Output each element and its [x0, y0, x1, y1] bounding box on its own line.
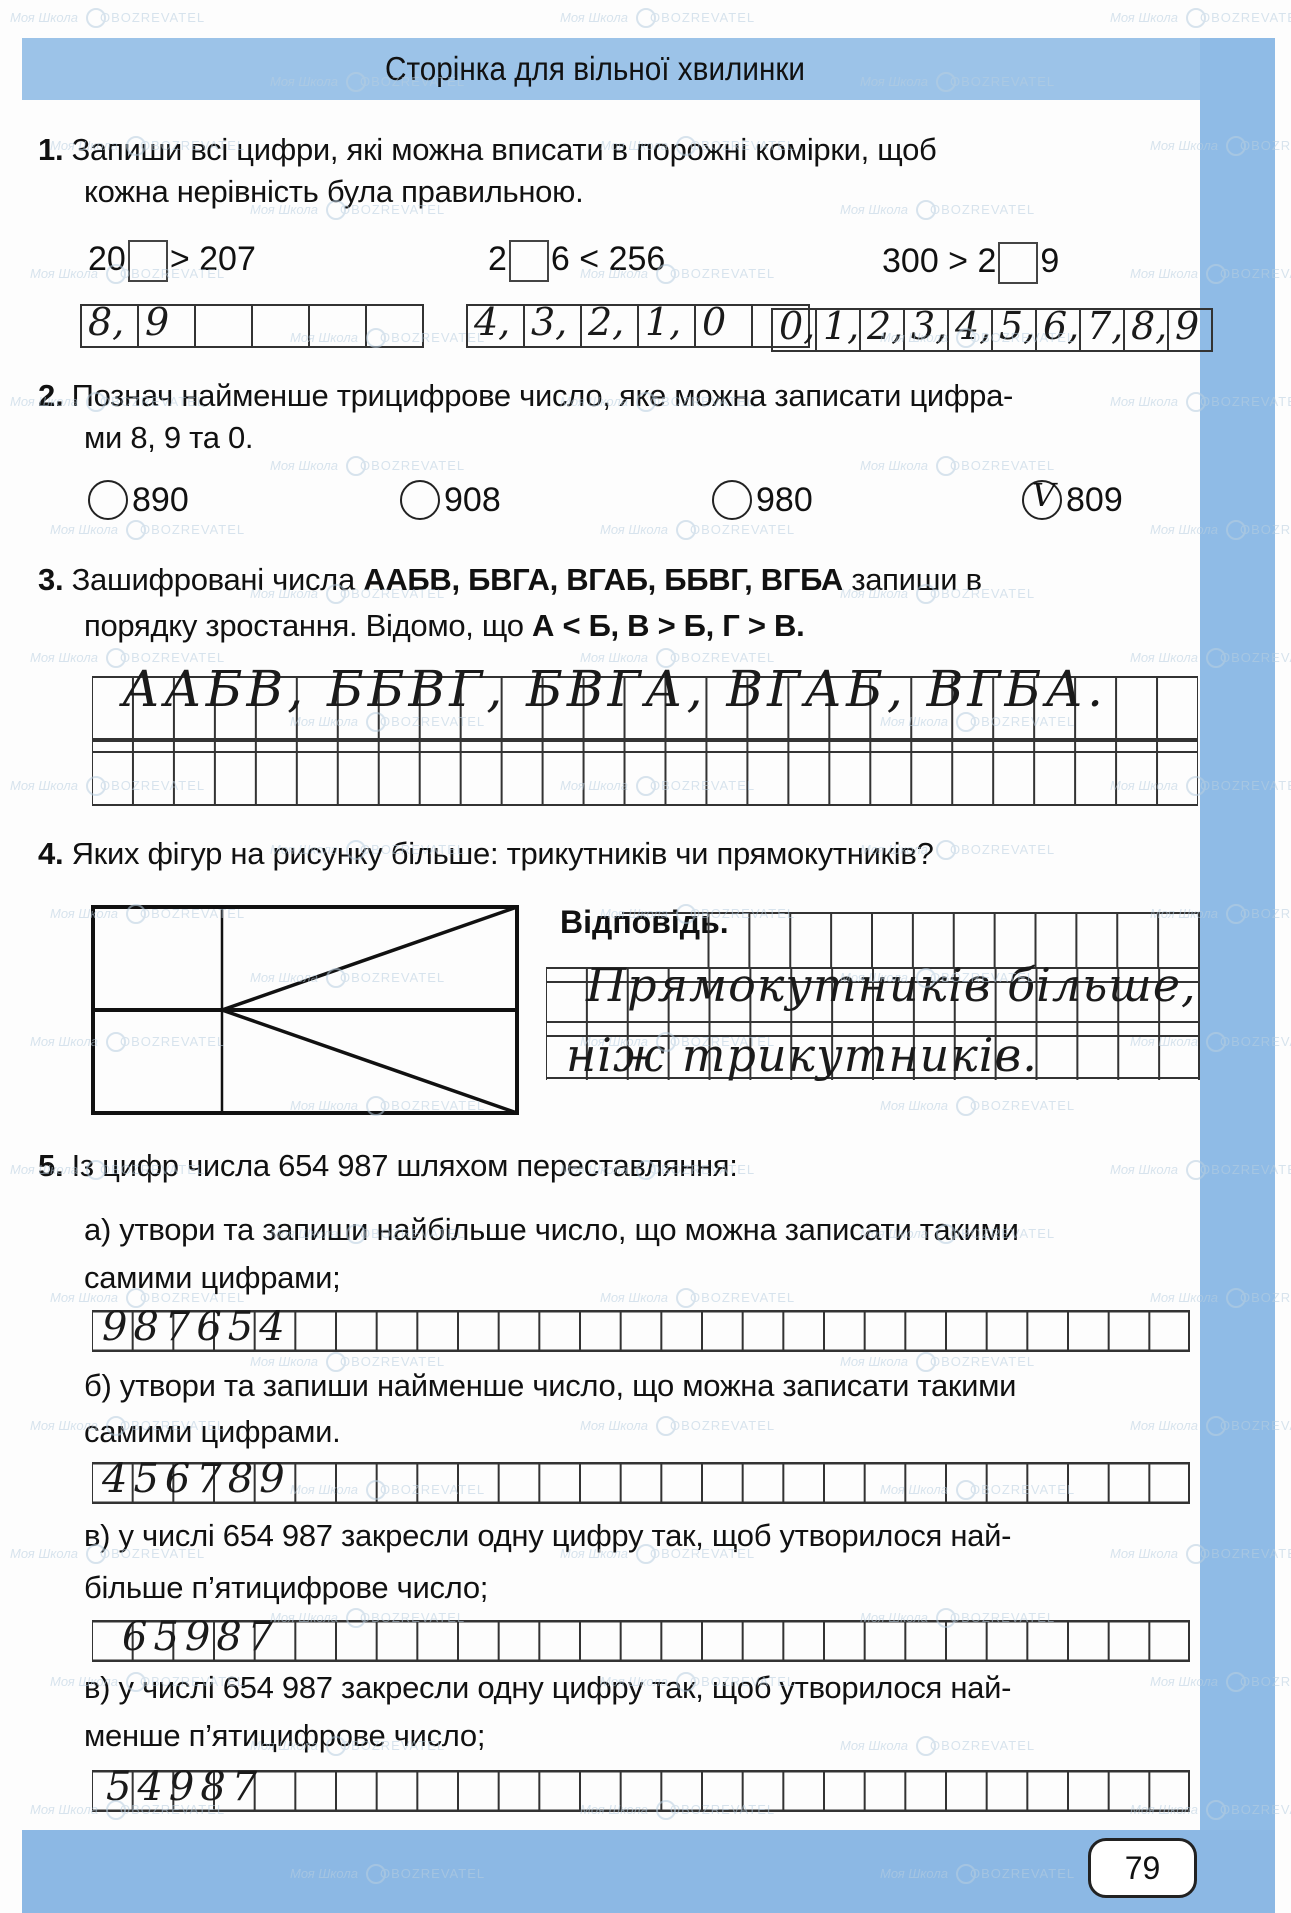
task3-text: порядку зростання. Відомо, що: [84, 608, 532, 643]
answer-row-3[interactable]: 0,1,2,3,4,5,6,7,8,9: [771, 308, 1213, 352]
inequality-1-right: > 207: [170, 240, 256, 278]
task4-answer-line1: Прямокутників більше,: [586, 958, 1197, 1012]
option-label: 809: [1066, 481, 1123, 519]
answer-cell[interactable]: 1,: [817, 310, 861, 350]
handwritten-digit: 8,: [88, 300, 124, 344]
answer-cell[interactable]: 4,: [468, 306, 525, 346]
task4-answer-line2: ніж трикутників.: [566, 1028, 1038, 1082]
answer-cell[interactable]: 5,: [993, 310, 1037, 350]
watermark: Моя ШколаOBOZREVATEL: [50, 522, 245, 537]
task2-text-line1: Познач найменше трицифрове число, яке мо…: [72, 378, 1013, 413]
task3-number: 3.: [38, 562, 63, 597]
task3-text-line2: порядку зростання. Відомо, що А < Б, В >…: [84, 606, 804, 646]
task5a-line2: самими цифрами;: [84, 1258, 340, 1298]
task3-text: Зашифровані числа: [72, 562, 364, 597]
task4-text: Яких фігур на рисунку більше: трикутникі…: [72, 836, 934, 871]
task3-codes: ААБВ, БВГА, ВГАБ, ББВГ, ВГБА: [363, 562, 843, 597]
answer-cell[interactable]: [253, 306, 310, 346]
handwritten-digit: 9: [145, 300, 169, 344]
task3-conditions: А < Б, В > Б, Г > В.: [532, 608, 804, 643]
watermark: Моя ШколаOBOZREVATEL: [600, 522, 795, 537]
task5d-answer-row[interactable]: 54987: [92, 1770, 1190, 1812]
task3-question: 3. Зашифровані числа ААБВ, БВГА, ВГАБ, Б…: [38, 560, 982, 600]
task5b-answer-row[interactable]: 456789: [92, 1462, 1190, 1504]
watermark: Моя ШколаOBOZREVATEL: [270, 458, 465, 473]
answer-cell[interactable]: 6,: [1037, 310, 1081, 350]
inequality-2-left: 2: [488, 240, 507, 278]
answer-cell[interactable]: 0: [696, 306, 753, 346]
handwritten-digit: 0: [702, 300, 726, 344]
handwritten-digit: 8,: [1131, 304, 1167, 348]
task5b-line2: самими цифрами.: [84, 1412, 340, 1452]
task5-question: 5. Із цифр числа 654 987 шляхом перестав…: [38, 1146, 738, 1186]
checked-radio-icon[interactable]: [1022, 480, 1062, 520]
handwritten-digit: 3,: [531, 300, 567, 344]
answer-cell[interactable]: 0,: [773, 310, 817, 350]
inequality-3-left: 300 > 2: [882, 242, 996, 280]
task5d-answer: 54987: [106, 1764, 263, 1810]
handwritten-digit: 5,: [999, 304, 1035, 348]
option-908[interactable]: 908: [400, 480, 501, 520]
answer-cell[interactable]: 8,: [1125, 310, 1169, 350]
task5a-answer: 987654: [102, 1304, 291, 1350]
watermark: Моя ШколаOBOZREVATEL: [840, 202, 1035, 217]
task4-number: 4.: [38, 836, 63, 871]
task5-number: 5.: [38, 1148, 63, 1183]
watermark: Моя ШколаOBOZREVATEL: [880, 1098, 1075, 1113]
handwritten-digit: 6,: [1043, 304, 1079, 348]
blank-cell[interactable]: [509, 240, 549, 282]
answer-row-1[interactable]: 8,9: [80, 304, 424, 348]
task3-text: запиши в: [843, 562, 982, 597]
option-label: 908: [444, 481, 501, 519]
blank-cell[interactable]: [128, 240, 168, 282]
inequality-1: 20> 207: [88, 240, 256, 282]
task5c-answer: 65987: [122, 1614, 279, 1660]
task5d-line1: в) у числі 654 987 закресли одну цифру т…: [84, 1668, 1011, 1708]
answer-cell[interactable]: [310, 306, 367, 346]
task5c-line1: в) у числі 654 987 закресли одну цифру т…: [84, 1516, 1011, 1556]
task1-number: 1.: [38, 132, 63, 167]
answer-cell[interactable]: 1,: [639, 306, 696, 346]
task5a-line1: а) утвори та запиши найбільше число, що …: [84, 1210, 1019, 1250]
task2-text-line2: ми 8, 9 та 0.: [84, 418, 253, 458]
answer-cell[interactable]: 2,: [582, 306, 639, 346]
task3-answer: ААБВ, ББВГ, БВГА, ВГАБ, ВГБА.: [122, 660, 1107, 718]
task2-question: 2. Познач найменше трицифрове число, яке…: [38, 376, 1013, 416]
handwritten-digit: 1,: [645, 300, 681, 344]
answer-cell[interactable]: 2,: [861, 310, 905, 350]
inequality-1-left: 20: [88, 240, 126, 278]
radio-circle[interactable]: [712, 480, 752, 520]
inequality-3-right: 9: [1040, 242, 1059, 280]
radio-circle[interactable]: [88, 480, 128, 520]
watermark: Моя ШколаOBOZREVATEL: [600, 1290, 795, 1305]
task5-text: Із цифр числа 654 987 шляхом переставлян…: [72, 1148, 738, 1183]
watermark: Моя ШколаOBOZREVATEL: [560, 10, 755, 25]
inequality-2: 26 < 256: [488, 240, 665, 282]
handwritten-digit: 2,: [588, 300, 624, 344]
task5b-answer: 456789: [102, 1456, 291, 1502]
handwritten-digit: 3,: [911, 304, 947, 348]
task2-number: 2.: [38, 378, 63, 413]
answer-cell[interactable]: [367, 306, 422, 346]
handwritten-digit: 9: [1175, 304, 1199, 348]
answer-cell[interactable]: 8,: [82, 306, 139, 346]
watermark: Моя ШколаOBOZREVATEL: [1110, 10, 1291, 25]
inequality-2-right: 6 < 256: [551, 240, 665, 278]
page-title: Сторінка для вільної хвилинки: [60, 50, 1131, 88]
task5c-line2: більше п’ятицифрове число;: [84, 1568, 488, 1608]
answer-cell[interactable]: 4,: [949, 310, 993, 350]
option-label: 890: [132, 481, 189, 519]
handwritten-digit: 4,: [955, 304, 991, 348]
task3-answer-grid[interactable]: ААБВ, ББВГ, БВГА, ВГАБ, ВГБА.: [92, 676, 1198, 806]
option-980[interactable]: 980: [712, 480, 813, 520]
watermark: Моя ШколаOBOZREVATEL: [860, 458, 1055, 473]
option-890[interactable]: 890: [88, 480, 189, 520]
option-809[interactable]: 809: [1022, 480, 1123, 520]
handwritten-digit: 2,: [867, 304, 903, 348]
watermark: Моя ШколаOBOZREVATEL: [580, 1418, 775, 1433]
task5b-line1: б) утвори та запиши найменше число, що м…: [84, 1366, 1016, 1406]
task5a-answer-row[interactable]: 987654: [92, 1310, 1190, 1352]
task5d-line2: менше п’ятицифрове число;: [84, 1716, 485, 1756]
task5c-answer-row[interactable]: 65987: [92, 1620, 1190, 1662]
handwritten-digit: 0,: [779, 304, 815, 348]
answer-row-2[interactable]: 4,3,2,1,0: [466, 304, 810, 348]
inequality-3: 300 > 29: [882, 242, 1059, 284]
handwritten-digit: 1,: [823, 304, 859, 348]
answer-cell[interactable]: 3,: [525, 306, 582, 346]
task4-answer-grid[interactable]: Прямокутників більше, ніж трикутників.: [546, 912, 1200, 1080]
radio-circle[interactable]: [400, 480, 440, 520]
watermark: Моя ШколаOBOZREVATEL: [10, 10, 205, 25]
task4-question: 4. Яких фігур на рисунку більше: трикутн…: [38, 834, 934, 874]
task1-text-line1: Запиши всі цифри, які можна вписати в по…: [72, 132, 937, 167]
answer-cell[interactable]: 9: [139, 306, 196, 346]
handwritten-digit: 7,: [1087, 304, 1123, 348]
watermark: Моя ШколаOBOZREVATEL: [840, 1738, 1035, 1753]
task1-question: 1. Запиши всі цифри, які можна вписати в…: [38, 130, 937, 170]
answer-cell[interactable]: [196, 306, 253, 346]
task1-text-line2: кожна нерівність була правильною.: [84, 172, 583, 212]
handwritten-digit: 4,: [474, 300, 510, 344]
blank-cell[interactable]: [998, 242, 1038, 284]
shapes-figure: [90, 904, 520, 1116]
answer-cell[interactable]: 3,: [905, 310, 949, 350]
option-label: 980: [756, 481, 813, 519]
page-number: 79: [1088, 1838, 1197, 1898]
answer-cell[interactable]: 9: [1169, 310, 1211, 350]
answer-cell[interactable]: 7,: [1081, 310, 1125, 350]
